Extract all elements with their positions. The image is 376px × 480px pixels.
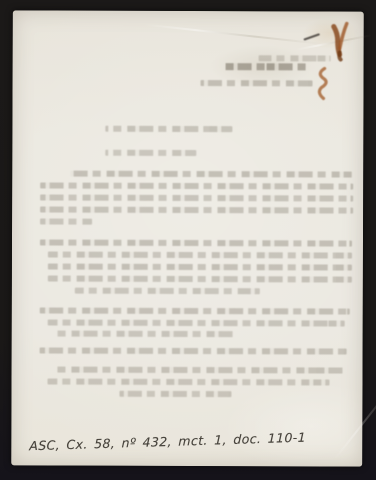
- typewritten-line-paragraph-1: [40, 218, 92, 224]
- rust-stain: [319, 68, 326, 98]
- typewritten-line-salutation: [105, 150, 196, 156]
- archival-reference: ASC, Cx. 58, nº 432, mct. 1, doc. 110-1: [29, 430, 306, 454]
- typewritten-line-paragraph-1: [40, 194, 353, 201]
- typewritten-line-salutation: [105, 126, 232, 132]
- paper-crease: [334, 365, 376, 461]
- stains-layer: [11, 10, 364, 466]
- typewritten-line-paragraph-3: [40, 307, 350, 314]
- rust-stain: [339, 53, 340, 60]
- typewritten-line-paragraph-2: [40, 239, 352, 246]
- typewritten-line-paragraph-2: [75, 288, 260, 295]
- typewritten-line-paragraph-4: [40, 347, 347, 354]
- typewritten-line-paragraph-1: [40, 182, 353, 189]
- typewritten-line-letterhead: [259, 55, 331, 61]
- typewritten-line-paragraph-2: [48, 264, 352, 271]
- document-page: ASC, Cx. 58, nº 432, mct. 1, doc. 110-1: [11, 10, 364, 466]
- typewritten-line-letterhead: [223, 63, 309, 70]
- typewritten-line-paragraph-3: [48, 320, 345, 327]
- typewritten-line-closing: [47, 379, 329, 386]
- paper-crease: [143, 23, 322, 44]
- typewritten-line-closing: [55, 367, 345, 374]
- scan-background: ASC, Cx. 58, nº 432, mct. 1, doc. 110-1: [0, 0, 376, 480]
- typewritten-line-paragraph-2: [48, 252, 352, 259]
- typewritten-line-paragraph-3: [55, 331, 235, 338]
- typewritten-line-paragraph-1: [70, 171, 352, 178]
- typewritten-line-paragraph-2: [48, 276, 352, 283]
- typewritten-line-closing: [119, 391, 231, 397]
- typewritten-line-dateline: [201, 80, 313, 86]
- rust-stain: [340, 24, 347, 49]
- typewritten-line-paragraph-1: [40, 206, 353, 213]
- pencil-mark: [305, 34, 319, 39]
- typewritten-text-layer: [13, 10, 364, 11]
